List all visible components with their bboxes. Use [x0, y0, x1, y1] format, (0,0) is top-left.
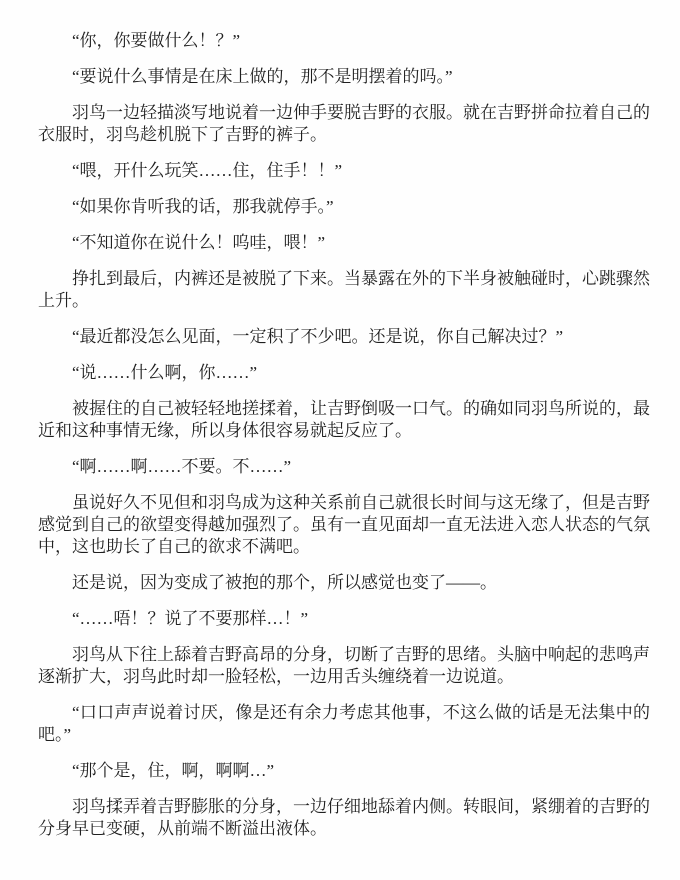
narrative-paragraph: 还是说，因为变成了被抱的那个，所以感觉也变了——。 [38, 572, 650, 594]
narrative-paragraph: 挣扎到最后，内裤还是被脱了下来。当暴露在外的下半身被触碰时，心跳骤然上升。 [38, 268, 650, 312]
dialogue-paragraph: “要说什么事情是在床上做的，那不是明摆着的吗。” [38, 66, 650, 88]
narrative-paragraph: 羽鸟一边轻描淡写地说着一边伸手要脱吉野的衣服。就在吉野拼命拉着自己的衣服时，羽鸟… [38, 102, 650, 146]
dialogue-paragraph: “那个是，住，啊，啊啊…” [38, 760, 650, 782]
narrative-paragraph: 羽鸟揉弄着吉野膨胀的分身，一边仔细地舔着内侧。转眼间，紧绷着的吉野的分身早已变硬… [38, 796, 650, 840]
narrative-paragraph: 被握住的自己被轻轻地搓揉着，让吉野倒吸一口气。的确如同羽鸟所说的，最近和这种事情… [38, 398, 650, 442]
dialogue-paragraph: “啊……啊……不要。不……” [38, 456, 650, 478]
dialogue-paragraph: “……唔！？说了不要那样…！” [38, 608, 650, 630]
dialogue-paragraph: “最近都没怎么见面，一定积了不少吧。还是说，你自己解决过？” [38, 326, 650, 348]
dialogue-paragraph: “你，你要做什么！？” [38, 30, 650, 52]
dialogue-paragraph: “喂，开什么玩笑……住，住手！！” [38, 160, 650, 182]
document-page: “你，你要做什么！？” “要说什么事情是在床上做的，那不是明摆着的吗。” 羽鸟一… [0, 0, 680, 880]
dialogue-paragraph: “如果你肯听我的话，那我就停手。” [38, 196, 650, 218]
narrative-paragraph: 虽说好久不见但和羽鸟成为这种关系前自己就很长时间与这无缘了，但是吉野感觉到自己的… [38, 492, 650, 558]
dialogue-paragraph: “说……什么啊，你……” [38, 362, 650, 384]
dialogue-paragraph: “不知道你在说什么！呜哇，喂！” [38, 232, 650, 254]
narrative-paragraph: 羽鸟从下往上舔着吉野高昂的分身，切断了吉野的思绪。头脑中响起的悲鸣声逐渐扩大，羽… [38, 644, 650, 688]
dialogue-paragraph: “口口声声说着讨厌，像是还有余力考虑其他事，不这么做的话是无法集中的吧。” [38, 702, 650, 746]
